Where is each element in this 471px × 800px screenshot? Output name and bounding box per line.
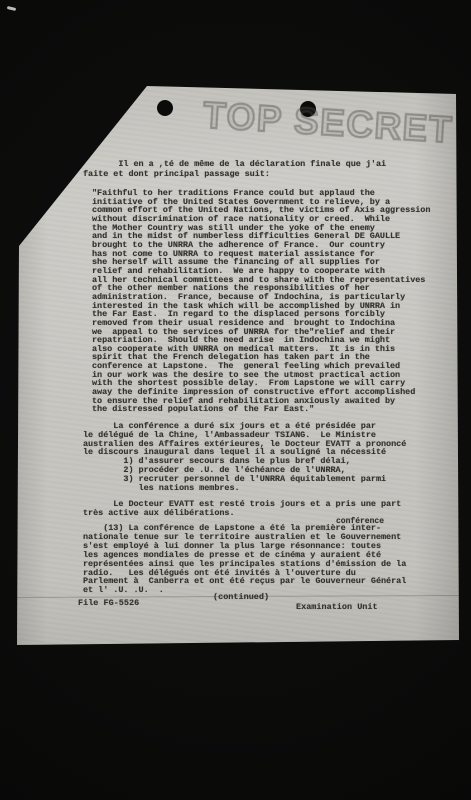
paragraph-conference-summary: La conférence a duré six jours et a été …	[83, 422, 406, 492]
examination-unit-label: Examination Unit	[296, 602, 378, 612]
document-page: TOP SECRET Il en a ,té de même de la déc…	[17, 86, 459, 645]
top-secret-stamp: TOP SECRET	[202, 96, 454, 148]
paragraph-evatt: Le Docteur EVATT est resté trois jours e…	[83, 500, 401, 518]
paragraph-item-13: (13) La conférence de Lapstone a été la …	[83, 524, 406, 595]
continued-label: (continued)	[213, 592, 269, 602]
film-speck	[7, 6, 16, 11]
paragraph-english-quote: "Faithful to her traditions France could…	[92, 189, 430, 414]
scanned-document-photo: TOP SECRET Il en a ,té de même de la déc…	[0, 0, 471, 800]
typed-insertion-conference: conférence	[336, 517, 384, 526]
paragraph-french-intro: Il en a ,té de même de la déclaration fi…	[83, 160, 386, 179]
punch-hole-left	[157, 100, 173, 116]
file-number: File FG-5526	[78, 598, 139, 608]
